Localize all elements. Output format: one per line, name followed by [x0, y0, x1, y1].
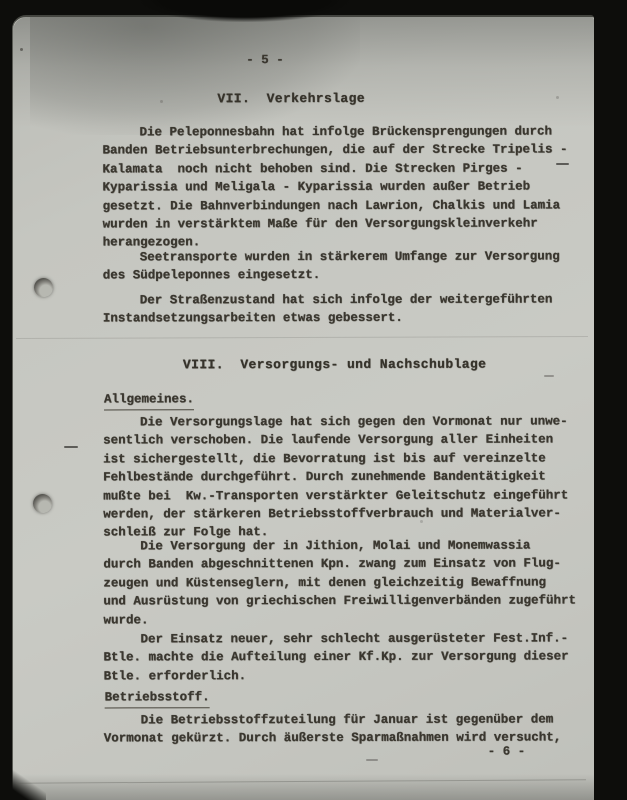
- text-line: Instandsetzungsarbeiten etwas gebessert.: [103, 309, 553, 328]
- para-roads: Der Straßenzustand hat sich infolge der …: [103, 290, 553, 328]
- text-line: Kyparissia und Meligala - Kyparissia wur…: [103, 178, 568, 197]
- typewritten-text-layer: - 5 - VII. VerkehrslageDie Peleponnesbah…: [0, 0, 627, 800]
- text-line: Seetransporte wurden in stärkerem Umfang…: [103, 247, 560, 266]
- text-line: durch Banden abgeschnittenen Kpn. zwang …: [103, 555, 576, 574]
- text-line: ist sichergestellt, die Bevorratung ist …: [103, 449, 568, 468]
- text-line: Allgemeines.: [104, 390, 194, 411]
- document-blocks: VII. VerkehrslageDie Peleponnesbahn hat …: [0, 0, 626, 1]
- text-line: mußte bei Kw.-Transporten verstärkter Ge…: [103, 486, 568, 505]
- text-line: Die Betriebsstoffzuteilung für Januar is…: [104, 710, 562, 729]
- text-line: Btle. machte die Aufteilung einer Kf.Kp.…: [104, 648, 569, 667]
- text-line: Banden Betriebsunterbrechungen, die auf …: [102, 141, 567, 160]
- text-line: Kalamata noch nicht behoben sind. Die St…: [102, 159, 567, 178]
- para-supply-situation: Die Versorgungslage hat sich gegen den V…: [103, 412, 568, 542]
- para-railway: Die Peleponnesbahn hat infolge Brückensp…: [102, 122, 567, 252]
- subheading-allgemeines: Allgemeines.: [104, 389, 194, 411]
- text-line: zeugen und Küstenseglern, mit denen glei…: [103, 573, 576, 592]
- text-line: Die Versorgung der in Jithion, Molai und…: [103, 536, 576, 555]
- para-sea-transport: Seetransporte wurden in stärkerem Umfang…: [103, 247, 560, 285]
- text-line: sentlich verschoben. Die laufende Versor…: [103, 431, 568, 450]
- text-line: Btle. erforderlich.: [104, 666, 569, 685]
- scanned-document-page: - 5 - VII. VerkehrslageDie Peleponnesbah…: [0, 0, 627, 800]
- text-line: VII. Verkehrslage: [217, 90, 365, 109]
- heading-viii: VIII. Versorgungs- und Nachschublage: [183, 356, 486, 375]
- text-line: Der Straßenzustand hat sich infolge der …: [103, 290, 553, 309]
- text-line: Die Peleponnesbahn hat infolge Brückensp…: [102, 122, 567, 141]
- text-line: des Südpeleponnes eingesetzt.: [103, 266, 560, 285]
- page-number-bottom: - 6 -: [488, 745, 526, 759]
- subheading-betriebsstoff: Betriebsstoff.: [105, 687, 210, 709]
- text-line: und Ausrüstung von griechischen Freiwill…: [103, 592, 576, 611]
- text-line: gesetzt. Die Bahnverbindungen nach Lawri…: [103, 196, 568, 215]
- page-number-top: - 5 -: [246, 53, 284, 67]
- text-line: Betriebsstoff.: [105, 688, 210, 709]
- para-einsatz: Der Einsatz neuer, sehr schlecht ausgerü…: [103, 629, 568, 685]
- text-line: Der Einsatz neuer, sehr schlecht ausgerü…: [103, 629, 568, 648]
- text-line: Fehlbestände durchgeführt. Durch zunehme…: [103, 468, 568, 487]
- text-line: wurde.: [103, 610, 576, 629]
- heading-vii: VII. Verkehrslage: [217, 90, 365, 109]
- text-line: wurden in verstärktem Maße für den Verso…: [103, 214, 568, 233]
- para-jithion: Die Versorgung der in Jithion, Molai und…: [103, 536, 576, 629]
- para-fuel: Die Betriebsstoffzuteilung für Januar is…: [104, 710, 562, 748]
- text-line: Die Versorgungslage hat sich gegen den V…: [103, 412, 568, 431]
- text-line: werden, der stärkeren Betriebsstoffverbr…: [103, 504, 568, 523]
- text-line: VIII. Versorgungs- und Nachschublage: [183, 356, 486, 375]
